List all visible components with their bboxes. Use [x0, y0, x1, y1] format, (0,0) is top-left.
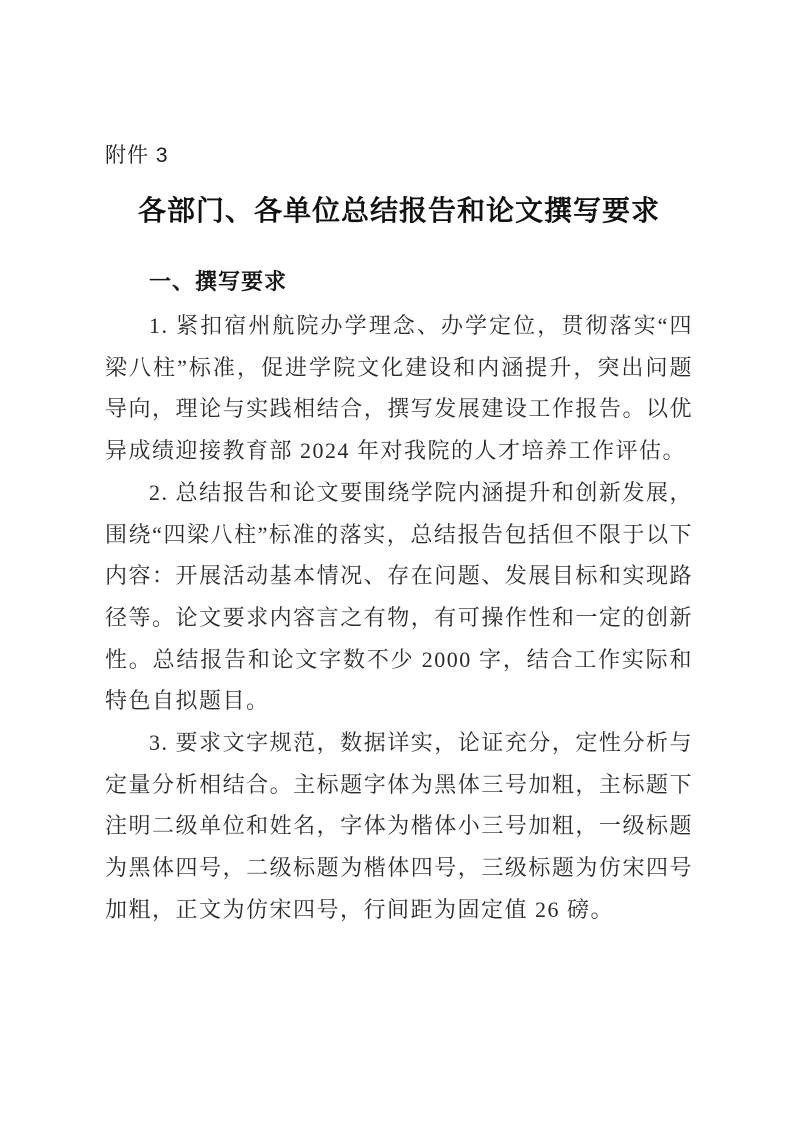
- section-heading: 一、撰写要求: [105, 267, 693, 297]
- document-title: 各部门、各单位总结报告和论文撰写要求: [105, 193, 693, 229]
- body-text: 1. 紧扣宿州航院办学理念、办学定位，贯彻落实“四梁八柱”标准，促进学院文化建设…: [105, 305, 693, 931]
- document-content: 附件 3 各部门、各单位总结报告和论文撰写要求 一、撰写要求 1. 紧扣宿州航院…: [105, 143, 693, 931]
- attachment-label: 附件 3: [105, 143, 693, 169]
- paragraph-2: 2. 总结报告和论文要围绕学院内涵提升和创新发展，围绕“四梁八柱”标准的落实，总…: [105, 472, 693, 722]
- document-page: 附件 3 各部门、各单位总结报告和论文撰写要求 一、撰写要求 1. 紧扣宿州航院…: [0, 0, 793, 1122]
- paragraph-3: 3. 要求文字规范，数据详实，论证充分，定性分析与定量分析相结合。主标题字体为黑…: [105, 722, 693, 931]
- paragraph-1: 1. 紧扣宿州航院办学理念、办学定位，贯彻落实“四梁八柱”标准，促进学院文化建设…: [105, 305, 693, 472]
